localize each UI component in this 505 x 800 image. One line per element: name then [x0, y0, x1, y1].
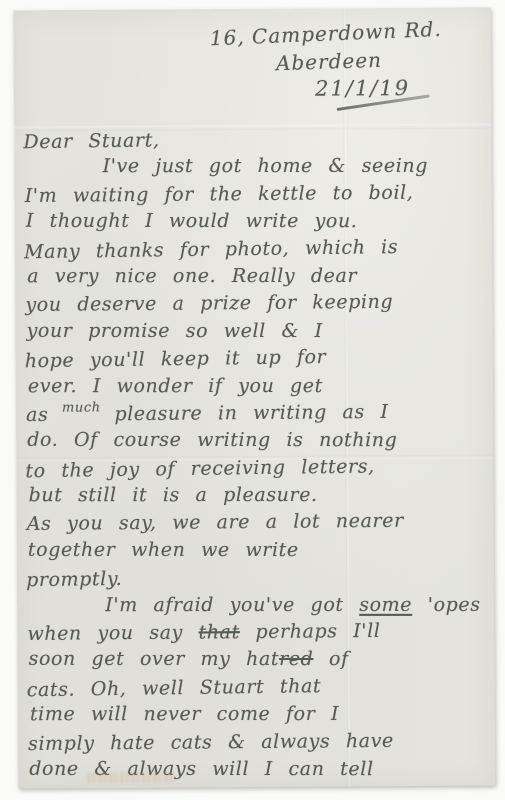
- letter-date: 21/1/19: [315, 76, 410, 101]
- text-segment: As you say, we are a lot nearer: [27, 510, 404, 535]
- letter-line: time will never come for I: [30, 701, 490, 729]
- letter-line: I've just got home & seeing: [27, 153, 487, 181]
- text-segment: 'opes: [412, 593, 480, 615]
- text-segment: cats. Oh, well Stuart that: [27, 675, 322, 701]
- faint-stamp: [87, 771, 175, 783]
- letter-line: soon get over my hatred of: [29, 646, 489, 674]
- text-segment: Dear Stuart,: [23, 129, 159, 153]
- scan-background: { "colors": { "ink": "#565b53", "paper":…: [0, 0, 505, 800]
- letter-line: to the joy of receiving letters,: [25, 451, 485, 485]
- text-segment: as: [26, 404, 64, 426]
- letter-line: a very nice one. Really dear: [27, 263, 487, 291]
- text-segment: of: [313, 648, 348, 670]
- letter-line: but still it is a pleasure.: [29, 482, 489, 510]
- letter-line: As you say, we are a lot nearer: [27, 507, 487, 538]
- text-segment: do. Of course writing is nothing: [27, 429, 397, 451]
- letter-line: when you say that perhaps I'll: [27, 617, 487, 648]
- text-segment-strike: red: [279, 648, 313, 670]
- letter-line: hope you'll keep it up for: [25, 342, 485, 376]
- letter-line: promptly.: [26, 561, 486, 595]
- text-segment: your promise so well & I: [27, 320, 323, 342]
- letter-paper: 16, Camperdown Rd. Aberdeen 21/1/19 Dear…: [14, 8, 496, 789]
- text-segment: but still it is a pleasure.: [29, 484, 318, 506]
- text-segment: together when we write: [28, 539, 299, 561]
- text-segment: when you say: [27, 622, 198, 645]
- text-segment: soon get over my hat: [29, 648, 280, 670]
- letter-line: simply hate cats & always have: [28, 727, 488, 758]
- text-segment-underline: some: [359, 593, 412, 615]
- text-segment: I'm waiting for the kettle to boil,: [25, 181, 414, 206]
- letter-line: I thought I would write you.: [26, 208, 486, 236]
- letter-line: I'm waiting for the kettle to boil,: [25, 179, 485, 210]
- text-segment: pleasure in writing as I: [99, 401, 389, 426]
- text-segment-insert: much: [62, 394, 101, 422]
- text-segment: time will never come for I: [30, 703, 339, 725]
- text-segment: ever. I wonder if you get: [28, 374, 323, 396]
- text-segment-strike: that: [198, 621, 239, 643]
- text-segment: hope you'll keep it up for: [25, 346, 327, 372]
- text-segment: promptly.: [26, 568, 123, 591]
- text-segment: simply hate cats & always have: [28, 729, 394, 754]
- letter-line: together when we write: [28, 537, 488, 565]
- text-segment: perhaps I'll: [240, 620, 381, 643]
- address-line-2: Aberdeen: [276, 48, 383, 75]
- letter-line: cats. Oh, well Stuart that: [27, 671, 487, 705]
- letter-line: do. Of course writing is nothing: [27, 427, 487, 455]
- text-segment: I've just got home & seeing: [103, 155, 428, 177]
- text-segment: to the joy of receiving letters,: [25, 455, 375, 482]
- letter-line: your promise so well & I: [27, 318, 487, 346]
- text-segment: a very nice one. Really dear: [27, 265, 357, 287]
- letter-body: Dear Stuart,I've just got home & seeingI…: [23, 125, 487, 785]
- letter-line: Many thanks for photo, which is: [24, 232, 484, 266]
- text-segment: Many thanks for photo, which is: [24, 236, 398, 263]
- address-line-1: 16, Camperdown Rd.: [209, 17, 442, 50]
- text-segment: I'm afraid you've got: [105, 594, 359, 616]
- text-segment: done & always will I can tell: [29, 758, 373, 780]
- letter-line: you deserve a prize for keeping: [25, 288, 485, 319]
- letter-line: as much pleasure in writing as I: [26, 398, 486, 429]
- letter-line: I'm afraid you've got some 'opes: [29, 591, 489, 619]
- letter-line: Dear Stuart,: [23, 123, 483, 157]
- text-segment: I thought I would write you.: [26, 210, 358, 232]
- text-segment: you deserve a prize for keeping: [25, 291, 393, 316]
